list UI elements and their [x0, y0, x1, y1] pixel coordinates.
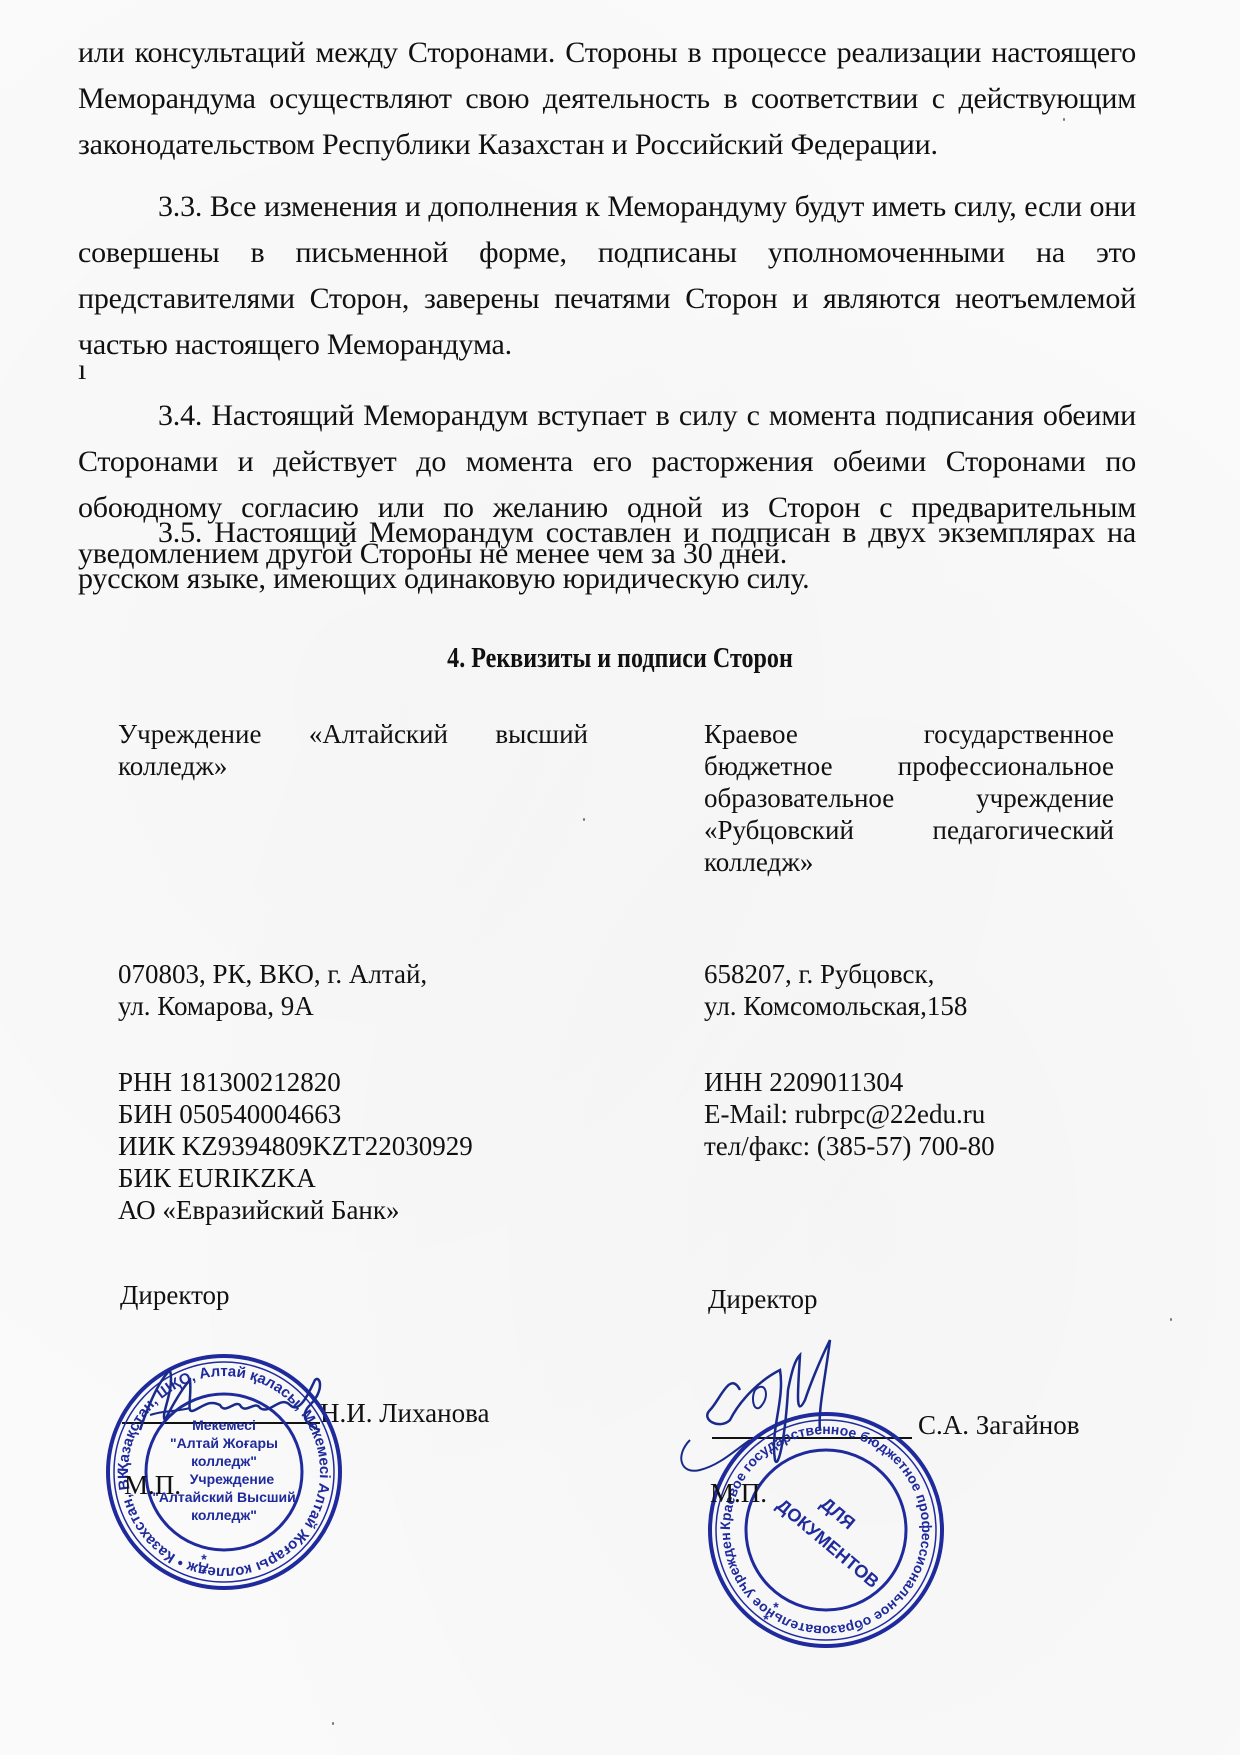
margin-mark: ı: [78, 353, 86, 386]
party-right-signature-icon: [670, 1330, 870, 1490]
party-right-signature-line: [712, 1437, 912, 1439]
requisite-bin: БИН 050540004663: [118, 1098, 473, 1130]
party-right-requisites: ИНН 2209011304 E-Mail: rubrpc@22edu.ru т…: [704, 1066, 995, 1162]
document-page: или консультаций между Сторонами. Сторон…: [0, 0, 1240, 1755]
scan-speck: [332, 1722, 334, 1725]
scan-speck: [583, 818, 585, 821]
svg-text:ДЛЯ: ДЛЯ: [817, 1493, 859, 1533]
svg-text:*: *: [763, 1611, 769, 1627]
address-line: ул. Комарова, 9А: [118, 990, 427, 1022]
svg-text:колледж": колледж": [191, 1507, 257, 1523]
svg-text:Қазақстан, ШҚО, Алтай қаласы,: Қазақстан, ШҚО, Алтай қаласы, Мекемесі А…: [104, 1352, 333, 1581]
paragraph-3-5: 3.5. Настоящий Меморандум составлен и по…: [78, 510, 1136, 602]
requisite-email: E-Mail: rubrpc@22edu.ru: [704, 1098, 995, 1130]
requisite-bik: БИК EURIKZKA: [118, 1162, 473, 1194]
section-heading: 4. Реквизиты и подписи Сторон: [87, 643, 1153, 675]
party-left-requisites: РНН 181300212820 БИН 050540004663 ИИК KZ…: [118, 1066, 473, 1226]
requisite-bank: АО «Евразийский Банк»: [118, 1194, 473, 1226]
party-right-seal-label: М.П.: [710, 1478, 767, 1509]
paragraph-text: или консультаций между Сторонами. Сторон…: [78, 30, 1136, 168]
requisite-iik: ИИК KZ9394809KZT22030929: [118, 1130, 473, 1162]
requisite-rnn: РНН 181300212820: [118, 1066, 473, 1098]
svg-text:*: *: [201, 1551, 207, 1567]
paragraph-continuation: или консультаций между Сторонами. Сторон…: [78, 30, 1136, 168]
address-line: 070803, РК, ВКО, г. Алтай,: [118, 958, 427, 990]
party-left-address: 070803, РК, ВКО, г. Алтай, ул. Комарова,…: [118, 958, 427, 1022]
paragraph-3-3: 3.3. Все изменения и дополнения к Мемора…: [78, 184, 1136, 368]
party-left-seal-label: М.П.: [124, 1470, 181, 1501]
party-right-org-name: Краевое государственное бюджетное профес…: [704, 718, 1114, 878]
party-right-stamp-icon: Краевое государственное бюджетное профес…: [706, 1410, 946, 1650]
party-left-signature-icon: [130, 1360, 330, 1440]
svg-text:Краевое государственное бюджет: Краевое государственное бюджетное профес…: [706, 1410, 935, 1639]
party-left-signature-line: [122, 1422, 320, 1424]
address-line: 658207, г. Рубцовск,: [704, 958, 967, 990]
svg-text:Учреждение: Учреждение: [190, 1471, 275, 1487]
party-left-position: Директор: [120, 1280, 230, 1311]
party-left-signer-name: Н.И. Лиханова: [320, 1398, 489, 1429]
svg-text:Мекемесі: Мекемесі: [192, 1417, 256, 1433]
requisite-phone: тел/факс: (385-57) 700-80: [704, 1130, 995, 1162]
svg-text:колледж": колледж": [191, 1453, 257, 1469]
svg-text:"Алтай Жоғары: "Алтай Жоғары: [170, 1435, 278, 1451]
party-right-address: 658207, г. Рубцовск, ул. Комсомольская,1…: [704, 958, 967, 1022]
party-right-signer-name: С.А. Загайнов: [918, 1410, 1079, 1441]
address-line: ул. Комсомольская,158: [704, 990, 967, 1022]
scan-speck: [1170, 1318, 1172, 1321]
party-left-org-name: Учреждение «Алтайский высший колледж»: [118, 718, 588, 782]
requisite-inn: ИНН 2209011304: [704, 1066, 995, 1098]
svg-text:ДОКУМЕНТОВ: ДОКУМЕНТОВ: [773, 1495, 883, 1592]
scan-speck: [1063, 118, 1065, 121]
party-right-position: Директор: [708, 1284, 818, 1315]
svg-text:*: *: [773, 1599, 779, 1615]
paragraph-text: 3.3. Все изменения и дополнения к Мемора…: [78, 184, 1136, 368]
paragraph-text: 3.5. Настоящий Меморандум составлен и по…: [78, 510, 1136, 602]
svg-text:*: *: [201, 1565, 207, 1581]
